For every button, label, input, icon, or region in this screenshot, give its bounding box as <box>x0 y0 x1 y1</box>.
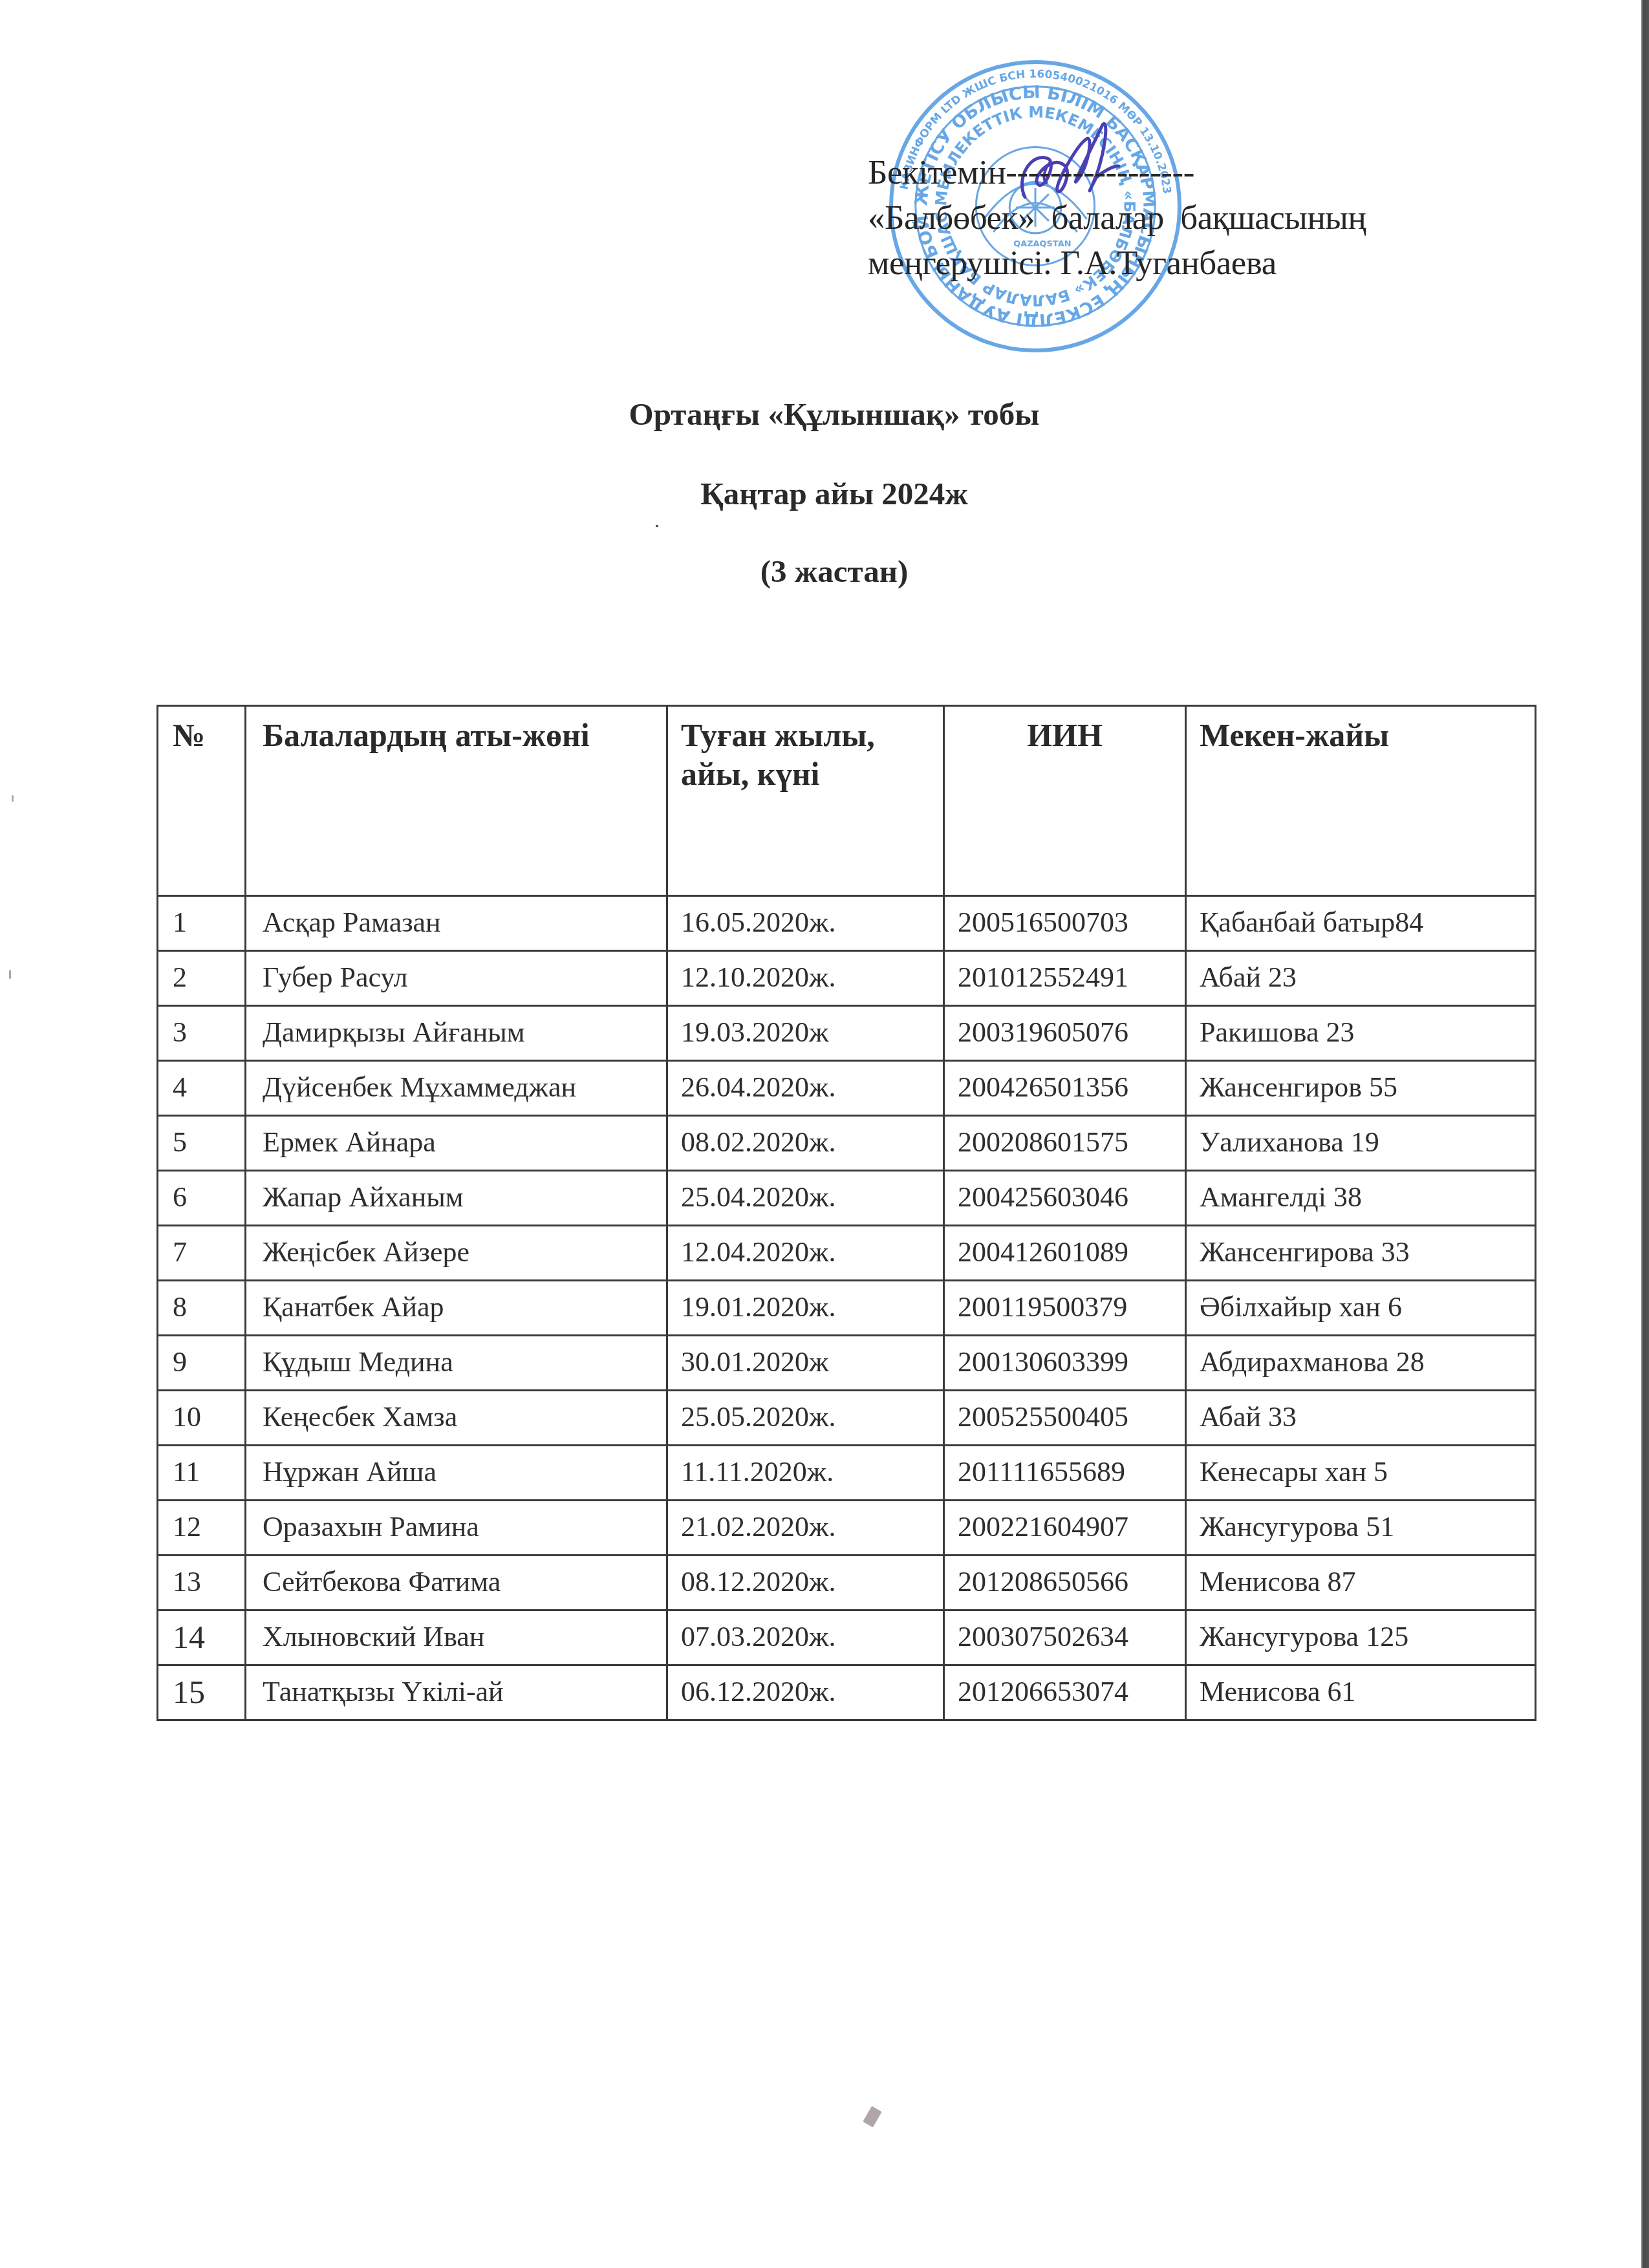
table-row: 13Сейтбекова Фатима08.12.2020ж.201208650… <box>158 1556 1536 1610</box>
cell-iin: 200525500405 <box>944 1391 1186 1446</box>
cell-iin: 200130603399 <box>944 1336 1186 1391</box>
cell-iin: 201206653074 <box>944 1665 1186 1720</box>
header-address: Мекен-жайы <box>1186 706 1536 896</box>
table-row: 9Құдыш Медина30.01.2020ж200130603399Абди… <box>158 1336 1536 1391</box>
scan-speck <box>12 795 14 802</box>
group-title: Ортаңғы «Құлыншақ» тобы <box>0 396 1649 433</box>
cell-birth-date: 25.05.2020ж. <box>667 1391 944 1446</box>
cell-number: 10 <box>158 1391 246 1446</box>
table-body: 1Асқар Рамазан16.05.2020ж.200516500703Қа… <box>158 896 1536 1720</box>
table-row: 6Жапар Айханым25.04.2020ж.200425603046Ам… <box>158 1171 1536 1226</box>
cell-address: Ракишова 23 <box>1186 1006 1536 1061</box>
cell-iin: 200425603046 <box>944 1171 1186 1226</box>
cell-iin: 200319605076 <box>944 1006 1186 1061</box>
cell-birth-date: 25.04.2020ж. <box>667 1171 944 1226</box>
table-row: 4Дүйсенбек Мұхаммеджан26.04.2020ж.200426… <box>158 1061 1536 1116</box>
cell-address: Жансенгиров 55 <box>1186 1061 1536 1116</box>
table-header-row: № Балалардың аты-жөні Туған жылы, айы, к… <box>158 706 1536 896</box>
cell-iin: 200307502634 <box>944 1610 1186 1665</box>
cell-birth-date: 08.02.2020ж. <box>667 1116 944 1171</box>
cell-number: 13 <box>158 1556 246 1610</box>
cell-address: Абай 23 <box>1186 951 1536 1006</box>
kindergarten-name-line: «Балбөбек» балалар бақшасының <box>868 195 1450 241</box>
table-row: 12Оразахын Рамина21.02.2020ж.20022160490… <box>158 1501 1536 1556</box>
cell-child-name: Дамирқызы Айғаным <box>246 1006 667 1061</box>
table-row: 3Дамирқызы Айғаным19.03.2020ж20031960507… <box>158 1006 1536 1061</box>
cell-number: 8 <box>158 1281 246 1336</box>
table-row: 8Қанатбек Айар19.01.2020ж.200119500379Әб… <box>158 1281 1536 1336</box>
cell-birth-date: 21.02.2020ж. <box>667 1501 944 1556</box>
header-iin: ИИН <box>944 706 1186 896</box>
cell-birth-date: 19.01.2020ж. <box>667 1281 944 1336</box>
cell-child-name: Асқар Рамазан <box>246 896 667 951</box>
director-line: меңгерушісі: Г.А.Туганбаева <box>868 241 1450 286</box>
cell-iin: 201012552491 <box>944 951 1186 1006</box>
cell-iin: 200412601089 <box>944 1226 1186 1281</box>
cell-iin: 200426501356 <box>944 1061 1186 1116</box>
cell-number: 11 <box>158 1446 246 1501</box>
cell-address: Жансенгирова 33 <box>1186 1226 1536 1281</box>
cell-birth-date: 06.12.2020ж. <box>667 1665 944 1720</box>
cell-child-name: Танатқызы Үкілі-ай <box>246 1665 667 1720</box>
cell-number: 6 <box>158 1171 246 1226</box>
cell-iin: 201208650566 <box>944 1556 1186 1610</box>
table-row: 14Хлыновский Иван07.03.2020ж.20030750263… <box>158 1610 1536 1665</box>
age-subtitle: (3 жастан) <box>0 553 1649 590</box>
cell-address: Қабанбай батыр84 <box>1186 896 1536 951</box>
cell-iin: 200516500703 <box>944 896 1186 951</box>
cell-child-name: Ермек Айнара <box>246 1116 667 1171</box>
table-row: 1Асқар Рамазан16.05.2020ж.200516500703Қа… <box>158 896 1536 951</box>
cell-child-name: Қанатбек Айар <box>246 1281 667 1336</box>
cell-number: 3 <box>158 1006 246 1061</box>
children-roster-table: № Балалардың аты-жөні Туған жылы, айы, к… <box>156 705 1536 1721</box>
scan-speck <box>9 970 11 979</box>
cell-number: 5 <box>158 1116 246 1171</box>
header-birth-date: Туған жылы, айы, күні <box>667 706 944 896</box>
cell-child-name: Жеңісбек Айзере <box>246 1226 667 1281</box>
table-row: 5Ермек Айнара08.02.2020ж.200208601575Уал… <box>158 1116 1536 1171</box>
cell-address: Абдирахманова 28 <box>1186 1336 1536 1391</box>
cell-birth-date: 12.10.2020ж. <box>667 951 944 1006</box>
cell-address: Менисова 61 <box>1186 1665 1536 1720</box>
cell-child-name: Кеңесбек Хамза <box>246 1391 667 1446</box>
cell-child-name: Құдыш Медина <box>246 1336 667 1391</box>
cell-number: 12 <box>158 1501 246 1556</box>
cell-birth-date: 26.04.2020ж. <box>667 1061 944 1116</box>
cell-address: Кенесары хан 5 <box>1186 1446 1536 1501</box>
cell-number: 2 <box>158 951 246 1006</box>
cell-child-name: Губер Расул <box>246 951 667 1006</box>
cell-iin: 200208601575 <box>944 1116 1186 1171</box>
approval-line: Бекітемін----------------- <box>868 150 1450 195</box>
scan-speck <box>656 525 658 527</box>
cell-child-name: Хлыновский Иван <box>246 1610 667 1665</box>
cell-number: 9 <box>158 1336 246 1391</box>
cell-address: Жансугурова 51 <box>1186 1501 1536 1556</box>
cell-address: Абай 33 <box>1186 1391 1536 1446</box>
cell-birth-date: 19.03.2020ж <box>667 1006 944 1061</box>
cell-number: 15 <box>158 1665 246 1720</box>
cell-child-name: Нұржан Айша <box>246 1446 667 1501</box>
table-row: 10Кеңесбек Хамза25.05.2020ж.200525500405… <box>158 1391 1536 1446</box>
cell-birth-date: 11.11.2020ж. <box>667 1446 944 1501</box>
header-number: № <box>158 706 246 896</box>
scan-edge-shadow <box>1641 0 1649 2268</box>
table-row: 15Танатқызы Үкілі-ай06.12.2020ж.20120665… <box>158 1665 1536 1720</box>
cell-address: Уалиханова 19 <box>1186 1116 1536 1171</box>
cell-child-name: Оразахын Рамина <box>246 1501 667 1556</box>
cell-birth-date: 12.04.2020ж. <box>667 1226 944 1281</box>
table-row: 2Губер Расул12.10.2020ж.201012552491Абай… <box>158 951 1536 1006</box>
cell-iin: 200221604907 <box>944 1501 1186 1556</box>
approval-block: Бекітемін----------------- «Балбөбек» ба… <box>868 150 1450 286</box>
cell-number: 1 <box>158 896 246 951</box>
cell-child-name: Жапар Айханым <box>246 1171 667 1226</box>
cell-address: Амангелді 38 <box>1186 1171 1536 1226</box>
cell-number: 4 <box>158 1061 246 1116</box>
cell-iin: 201111655689 <box>944 1446 1186 1501</box>
cell-iin: 200119500379 <box>944 1281 1186 1336</box>
cell-child-name: Сейтбекова Фатима <box>246 1556 667 1610</box>
cell-address: Менисова 87 <box>1186 1556 1536 1610</box>
cell-birth-date: 16.05.2020ж. <box>667 896 944 951</box>
cell-address: Жансугурова 125 <box>1186 1610 1536 1665</box>
scan-speck <box>863 2106 882 2127</box>
table-row: 11Нұржан Айша11.11.2020ж.201111655689Кен… <box>158 1446 1536 1501</box>
header-child-name: Балалардың аты-жөні <box>246 706 667 896</box>
table-row: 7Жеңісбек Айзере12.04.2020ж.200412601089… <box>158 1226 1536 1281</box>
cell-birth-date: 07.03.2020ж. <box>667 1610 944 1665</box>
cell-birth-date: 08.12.2020ж. <box>667 1556 944 1610</box>
cell-birth-date: 30.01.2020ж <box>667 1336 944 1391</box>
cell-child-name: Дүйсенбек Мұхаммеджан <box>246 1061 667 1116</box>
cell-number: 14 <box>158 1610 246 1665</box>
cell-number: 7 <box>158 1226 246 1281</box>
cell-address: Әбілхайыр хан 6 <box>1186 1281 1536 1336</box>
month-title: Қаңтар айы 2024ж <box>0 475 1649 512</box>
